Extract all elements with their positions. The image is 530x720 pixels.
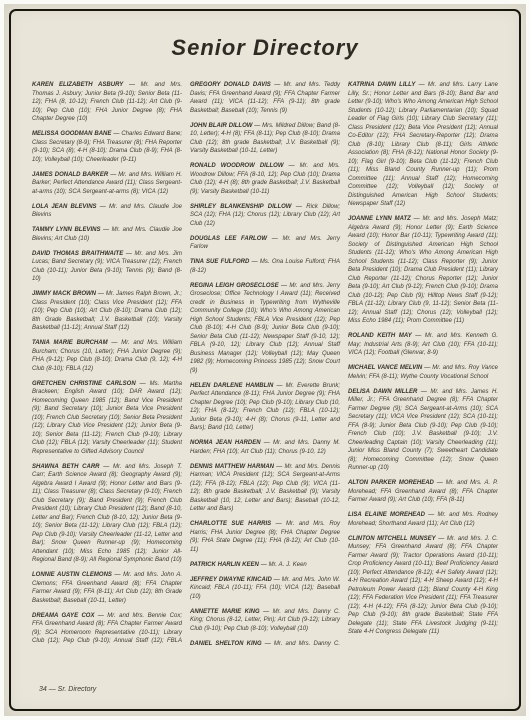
student-name: DANIEL SHELTON KING <box>190 641 262 647</box>
directory-entry: TANIA MARIE BURCHAM — Mr. and Mrs. Willi… <box>32 339 182 373</box>
page-footer: 34 — Sr. Directory <box>39 686 96 693</box>
entry-details: — Mr. and Mrs. James H. Miller, Jr.; FFA… <box>348 389 498 472</box>
directory-entry: HELEN DARLENE HAMBLIN — Mr. Everette Bru… <box>190 382 340 433</box>
student-name: KAREN ELIZABETH ASBURY <box>32 82 123 88</box>
student-name: LISA ELAINE MOREHEAD <box>348 512 425 518</box>
student-name: CHARLOTTE SUE HARRIS <box>190 521 271 527</box>
entry-details: — Mr. James Ralph Brown, Jr.; Class Pres… <box>32 291 182 331</box>
student-name: JOHN BLAIR DILLOW <box>190 123 252 129</box>
student-name: TANIA MARIE BURCHAM <box>32 340 108 346</box>
entry-details: — Mr. and Mrs. Dennis Harman; VICA Presi… <box>190 464 340 513</box>
student-name: TAMMY LYNN BLEVINS <box>32 227 100 233</box>
directory-entry: LONNIE AUSTIN CLEMONS — Mr. and Mrs. Joh… <box>32 571 182 605</box>
student-name: SHAWNA BETH CARR <box>32 464 100 470</box>
directory-entry: NORMA JEAN HARDEN — Mr. and Mrs. Danny M… <box>190 439 340 456</box>
page-content: Senior Directory KAREN ELIZABETH ASBURY … <box>11 11 519 709</box>
directory-entry: MELISSA GOODMAN BANE — Charles Edward Ba… <box>32 130 182 164</box>
page-title: Senior Directory <box>32 35 498 61</box>
student-name: TINA SUE FULFORD <box>190 259 249 265</box>
directory-entry: LISA ELAINE MOREHEAD — Mr. and Mrs. Rodn… <box>348 511 498 528</box>
student-name: DENNIS MATTHEW HARMAN <box>190 464 274 470</box>
directory-entry: DELISA DAWN MILLER — Mr. and Mrs. James … <box>348 388 498 473</box>
entry-details: — Mr. and Mrs. Joseph T. Carr; Earth Sci… <box>32 464 182 564</box>
directory-entry: JOHN BLAIR DILLOW — Mrs. Mildred Dillow;… <box>190 122 340 156</box>
directory-entry: GRETCHEN CHRISTINE CARLSON — Ms. Martha … <box>32 380 182 457</box>
directory-entry: SHIRLEY BLANKENSHIP DILLOW — Rick Dillow… <box>190 203 340 229</box>
student-name: DAVID THOMAS BRAITHWAITE <box>32 251 123 257</box>
student-name: JEFFREY DWAYNE KINCAID <box>190 577 272 583</box>
directory-entry: DAVID THOMAS BRAITHWAITE — Mr. and Mrs. … <box>32 250 182 284</box>
student-name: HELEN DARLENE HAMBLIN <box>190 383 273 389</box>
directory-entry: ANNETTE MARIE KING — Mr. and Mrs. Danny … <box>190 608 340 634</box>
student-name: NORMA JEAN HARDEN <box>190 440 261 446</box>
yearbook-page: Senior Directory KAREN ELIZABETH ASBURY … <box>0 0 530 720</box>
student-name: DREAMA GAYE COX <box>32 613 94 619</box>
directory-entry: KATRINA DAWN LILLY — Mr. and Mrs. Larry … <box>348 81 498 209</box>
student-name: SHIRLEY BLANKENSHIP DILLOW <box>190 204 291 210</box>
student-name: RONALD WOODROW DILLOW <box>190 163 284 169</box>
student-name: LOLA JEAN BLEVINS <box>32 204 97 210</box>
entry-details: — Mr. and Mrs. Jerry Groseclose; Office … <box>190 283 340 374</box>
directory-entry: CHARLOTTE SUE HARRIS — Mr. and Mrs. Roy … <box>190 520 340 554</box>
directory-column-3: KATRINA DAWN LILLY — Mr. and Mrs. Larry … <box>348 81 498 647</box>
directory-entry: DREAMA GAYE COX — Mr. and Mrs. Bennie Co… <box>32 612 182 648</box>
directory-entry: DOUGLAS LEE FARLOW — Mr. and Mrs. Jerry … <box>190 235 340 252</box>
directory-entry: MICHAEL VANCE MELVIN — Mr. and Mrs. Roy … <box>348 364 498 381</box>
directory-entry: JAMES DONALD BARKER — Mr. and Mrs. Willi… <box>32 171 182 197</box>
entry-details: — Mr. and Mrs. Joseph Matz; Algebra Awar… <box>348 216 498 324</box>
directory-entry: JIMMY MACK BROWN — Mr. James Ralph Brown… <box>32 290 182 333</box>
entry-details: — Mr. and Mrs. J. C. Munsey; FFA Greenha… <box>348 536 498 636</box>
student-name: DOUGLAS LEE FARLOW <box>190 236 267 242</box>
directory-entry: TAMMY LYNN BLEVINS — Mr. and Mrs. Claudi… <box>32 226 182 243</box>
directory-entry: GREGORY DONALD DAVIS — Mr. and Mrs. Tedd… <box>190 81 340 115</box>
directory-entry: KAREN ELIZABETH ASBURY — Mr. and Mrs. Th… <box>32 81 182 124</box>
entry-details: — Mr. Everette Brunk; Perfect Attendance… <box>190 383 340 432</box>
student-name: ALTON PARKER MOREHEAD <box>348 480 434 486</box>
entry-details: — Ms. Martha Brackeen; English Award (10… <box>32 381 182 455</box>
student-name: JIMMY MACK BROWN <box>32 291 96 297</box>
directory-entry: SHAWNA BETH CARR — Mr. and Mrs. Joseph T… <box>32 463 182 565</box>
student-name: GREGORY DONALD DAVIS <box>190 82 271 88</box>
student-name: PATRICK HARLIN KEEN <box>190 562 259 568</box>
directory-column-1: KAREN ELIZABETH ASBURY — Mr. and Mrs. Th… <box>32 81 182 647</box>
directory-entry: CLINTON MITCHELL MUNSEY — Mr. and Mrs. J… <box>348 535 498 637</box>
student-name: GRETCHEN CHRISTINE CARLSON <box>32 381 136 387</box>
directory-column-2: GREGORY DONALD DAVIS — Mr. and Mrs. Tedd… <box>190 81 340 647</box>
student-name: MICHAEL VANCE MELVIN <box>348 365 422 371</box>
student-name: ROLAND KEITH MAY <box>348 333 412 339</box>
student-name: LONNIE AUSTIN CLEMONS <box>32 572 112 578</box>
directory-entry: JOANNE LYNN MATZ — Mr. and Mrs. Joseph M… <box>348 215 498 326</box>
directory-entry: JEFFREY DWAYNE KINCAID — Mr. and Mrs. Jo… <box>190 576 340 602</box>
directory-columns: KAREN ELIZABETH ASBURY — Mr. and Mrs. Th… <box>32 81 498 647</box>
directory-entry: RONALD WOODROW DILLOW — Mr. and Mrs. Woo… <box>190 162 340 196</box>
student-name: MELISSA GOODMAN BANE <box>32 131 111 137</box>
directory-entry: PATRICK HARLIN KEEN — Mr. A. J. Keen <box>190 561 340 570</box>
student-name: REGINA LEIGH GROSECLOSE <box>190 283 279 289</box>
student-name: DELISA DAWN MILLER <box>348 389 417 395</box>
student-name: KATRINA DAWN LILLY <box>348 82 415 88</box>
directory-entry: ALTON PARKER MOREHEAD — Mr. and Mrs. A. … <box>348 479 498 505</box>
directory-entry: REGINA LEIGH GROSECLOSE — Mr. and Mrs. J… <box>190 282 340 376</box>
student-name: ANNETTE MARIE KING <box>190 609 260 615</box>
directory-entry: ROLAND KEITH MAY — Mr. and Mrs. Kenneth … <box>348 332 498 358</box>
student-name: CLINTON MITCHELL MUNSEY <box>348 536 436 542</box>
entry-details: — Mr. A. J. Keen <box>259 562 307 568</box>
entry-details: — Mr. and Mrs. Thomas J. Asbury; Junior … <box>32 82 182 122</box>
entry-details: — Mr. and Mrs. Larry Lane Lilly, Sr.; Ho… <box>348 82 498 207</box>
directory-entry: DENNIS MATTHEW HARMAN — Mr. and Mrs. Den… <box>190 463 340 514</box>
student-name: JAMES DONALD BARKER <box>32 172 108 178</box>
directory-entry: LOLA JEAN BLEVINS — Mr. and Mrs. Claudie… <box>32 203 182 220</box>
directory-entry: TINA SUE FULFORD — Ms. Ona Louise Fulfor… <box>190 258 340 275</box>
student-name: JOANNE LYNN MATZ <box>348 216 411 222</box>
directory-entry: DANIEL SHELTON KING — Mr. and Mrs. Danny… <box>190 640 340 648</box>
